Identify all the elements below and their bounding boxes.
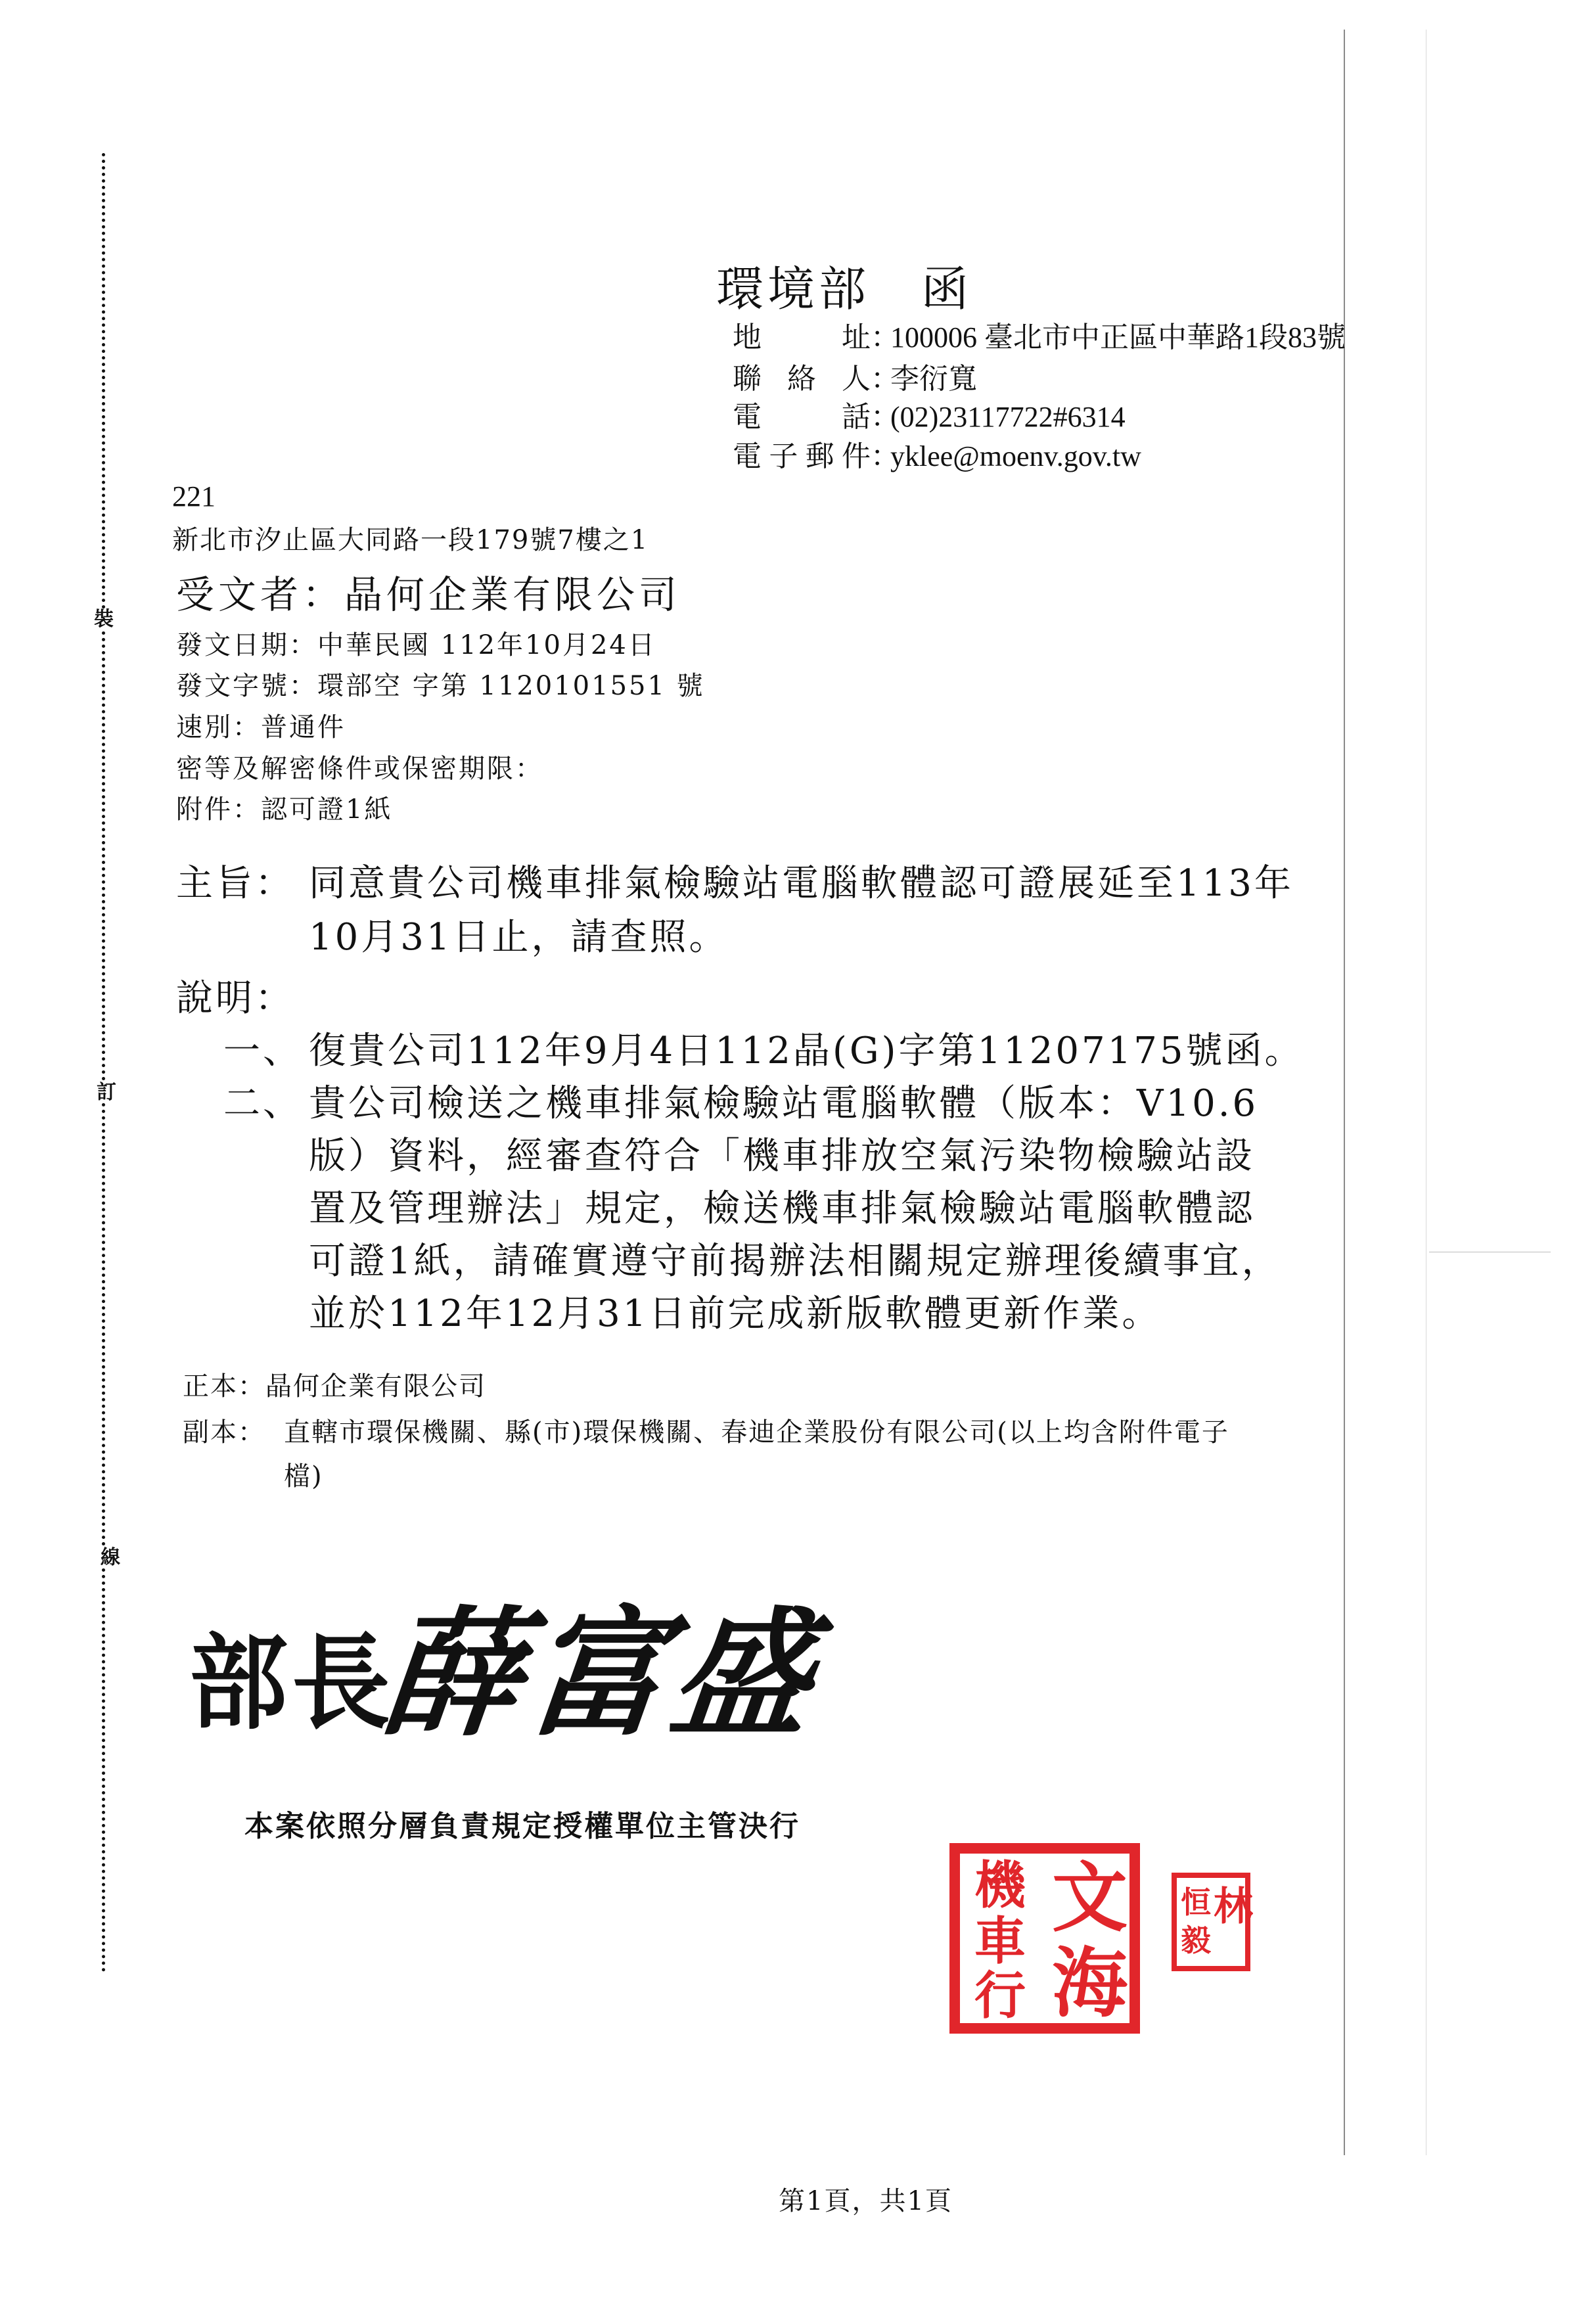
seal-char: 文 xyxy=(1052,1860,1128,1936)
info-colon: ： xyxy=(871,323,890,352)
sender-phone-row: 電 話 ： (02)23117722#6314 xyxy=(733,403,1126,432)
recipient-zip: 221 xyxy=(172,480,216,513)
explanation-label: 說明： xyxy=(176,969,294,1022)
info-label: 地 址 xyxy=(733,323,871,352)
binding-dotted-line xyxy=(102,153,105,1973)
explanation-item-1-line-1: 復貴公司112年9月4日112晶(G)字第11207175號函。 xyxy=(309,1022,1304,1074)
subject-label: 主旨： xyxy=(176,854,294,907)
signature-name: 薛富盛 xyxy=(374,1564,829,1762)
meta-label: 發文字號： xyxy=(176,671,317,701)
binding-mark-xian: 線 xyxy=(101,1548,120,1568)
cc-line-1: 直轄市環保機關、縣(市)環保機關、春迪企業股份有限公司(以上均含附件電子 xyxy=(284,1411,1229,1449)
document-title: 環境部 函 xyxy=(716,251,972,319)
page-indicator: 第1頁，共1頁 xyxy=(779,2180,953,2218)
urgency-row: 速別：普通件 xyxy=(176,706,346,744)
seal-char: 林 xyxy=(1214,1887,1253,1927)
explanation-item-1-marker: 一、 xyxy=(223,1022,302,1074)
meta-label: 速別： xyxy=(176,712,261,742)
cc-label: 副本： xyxy=(183,1411,265,1449)
seal-char: 海 xyxy=(1052,1946,1128,2021)
sender-phone: (02)23117722#6314 xyxy=(890,403,1126,432)
info-colon: ： xyxy=(871,403,890,432)
urgency-value: 普通件 xyxy=(261,712,346,742)
meta-label: 密等及解密條件或保密期限： xyxy=(176,754,543,784)
sender-email-row: 電子郵件 ： yklee@moenv.gov.tw xyxy=(733,442,1141,471)
sender-email: yklee@moenv.gov.tw xyxy=(890,442,1141,471)
attachment-row: 附件：認可證1紙 xyxy=(176,788,392,826)
scan-fold-line-faint xyxy=(1426,30,1426,2155)
sender-contact: 李衍寬 xyxy=(890,365,977,394)
original-copy-value: 晶何企業有限公司 xyxy=(265,1371,486,1402)
sender-address-row: 地 址 ： 100006 臺北市中正區中華路1段83號 xyxy=(733,323,1346,352)
personal-seal: 林 恒 毅 xyxy=(1172,1873,1250,1971)
document-number-row: 發文字號：環部空 字第 1120101551 號 xyxy=(176,665,705,702)
info-label: 聯 絡 人 xyxy=(733,365,871,394)
recipient-address: 新北市汐止區大同路一段179號7樓之1 xyxy=(172,519,649,557)
attachment-value: 認可證1紙 xyxy=(261,794,392,825)
explanation-item-2-line-5: 並於112年12月31日前完成新版軟體更新作業。 xyxy=(309,1285,1161,1337)
seal-char: 車 xyxy=(974,1916,1026,1967)
subject-line-2: 10月31日止，請查照。 xyxy=(309,908,729,961)
explanation-item-2-line-3: 置及管理辦法」規定，檢送機車排氣檢驗站電腦軟體認 xyxy=(309,1179,1255,1232)
binding-mark-ding: 訂 xyxy=(97,1083,116,1103)
issue-date: 中華民國 112年10月24日 xyxy=(317,630,656,660)
recipient-line: 受文者：晶何企業有限公司 xyxy=(176,564,681,619)
original-copy-label: 正本： xyxy=(183,1371,265,1402)
binding-mark-zhuang: 裝 xyxy=(94,610,114,629)
document-number: 環部空 字第 1120101551 號 xyxy=(317,671,705,701)
seal-char: 恒 xyxy=(1181,1887,1211,1917)
info-label: 電子郵件 xyxy=(733,442,871,471)
seal-char: 毅 xyxy=(1181,1925,1211,1955)
seal-char: 行 xyxy=(974,1971,1026,2022)
explanation-item-2-line-4: 可證1紙，請確實遵守前揭辦法相關規定辦理後續事宜， xyxy=(309,1232,1281,1285)
delegation-note: 本案依照分層負責規定授權單位主管決行 xyxy=(244,1802,800,1844)
subject-line-1: 同意貴公司機車排氣檢驗站電腦軟體認可證展延至113年 xyxy=(309,854,1294,907)
recipient-label: 受文者： xyxy=(176,572,344,617)
signature-title: 部長 xyxy=(189,1600,394,1749)
scan-artifact-dash xyxy=(1429,1252,1551,1252)
original-copy-row: 正本：晶何企業有限公司 xyxy=(183,1365,486,1403)
explanation-item-2-marker: 二、 xyxy=(223,1074,302,1127)
sender-address: 100006 臺北市中正區中華路1段83號 xyxy=(890,323,1346,352)
cc-line-2: 檔) xyxy=(284,1455,323,1493)
explanation-item-2-line-2: 版）資料，經審查符合「機車排放空氣污染物檢驗站設 xyxy=(309,1127,1255,1179)
sender-contact-row: 聯 絡 人 ： 李衍寬 xyxy=(733,365,977,394)
info-colon: ： xyxy=(871,442,890,471)
issue-date-row: 發文日期：中華民國 112年10月24日 xyxy=(176,624,656,662)
recipient-name: 晶何企業有限公司 xyxy=(344,572,681,617)
explanation-item-2-line-1: 貴公司檢送之機車排氣檢驗站電腦軟體（版本：V10.6 xyxy=(309,1074,1258,1127)
seal-char: 機 xyxy=(974,1860,1026,1911)
info-label: 電 話 xyxy=(733,403,871,432)
info-colon: ： xyxy=(871,365,890,394)
classification-row: 密等及解密條件或保密期限： xyxy=(176,748,543,785)
company-seal: 文 海 機 車 行 xyxy=(949,1843,1140,2034)
meta-label: 附件： xyxy=(176,794,261,825)
meta-label: 發文日期： xyxy=(176,630,317,660)
